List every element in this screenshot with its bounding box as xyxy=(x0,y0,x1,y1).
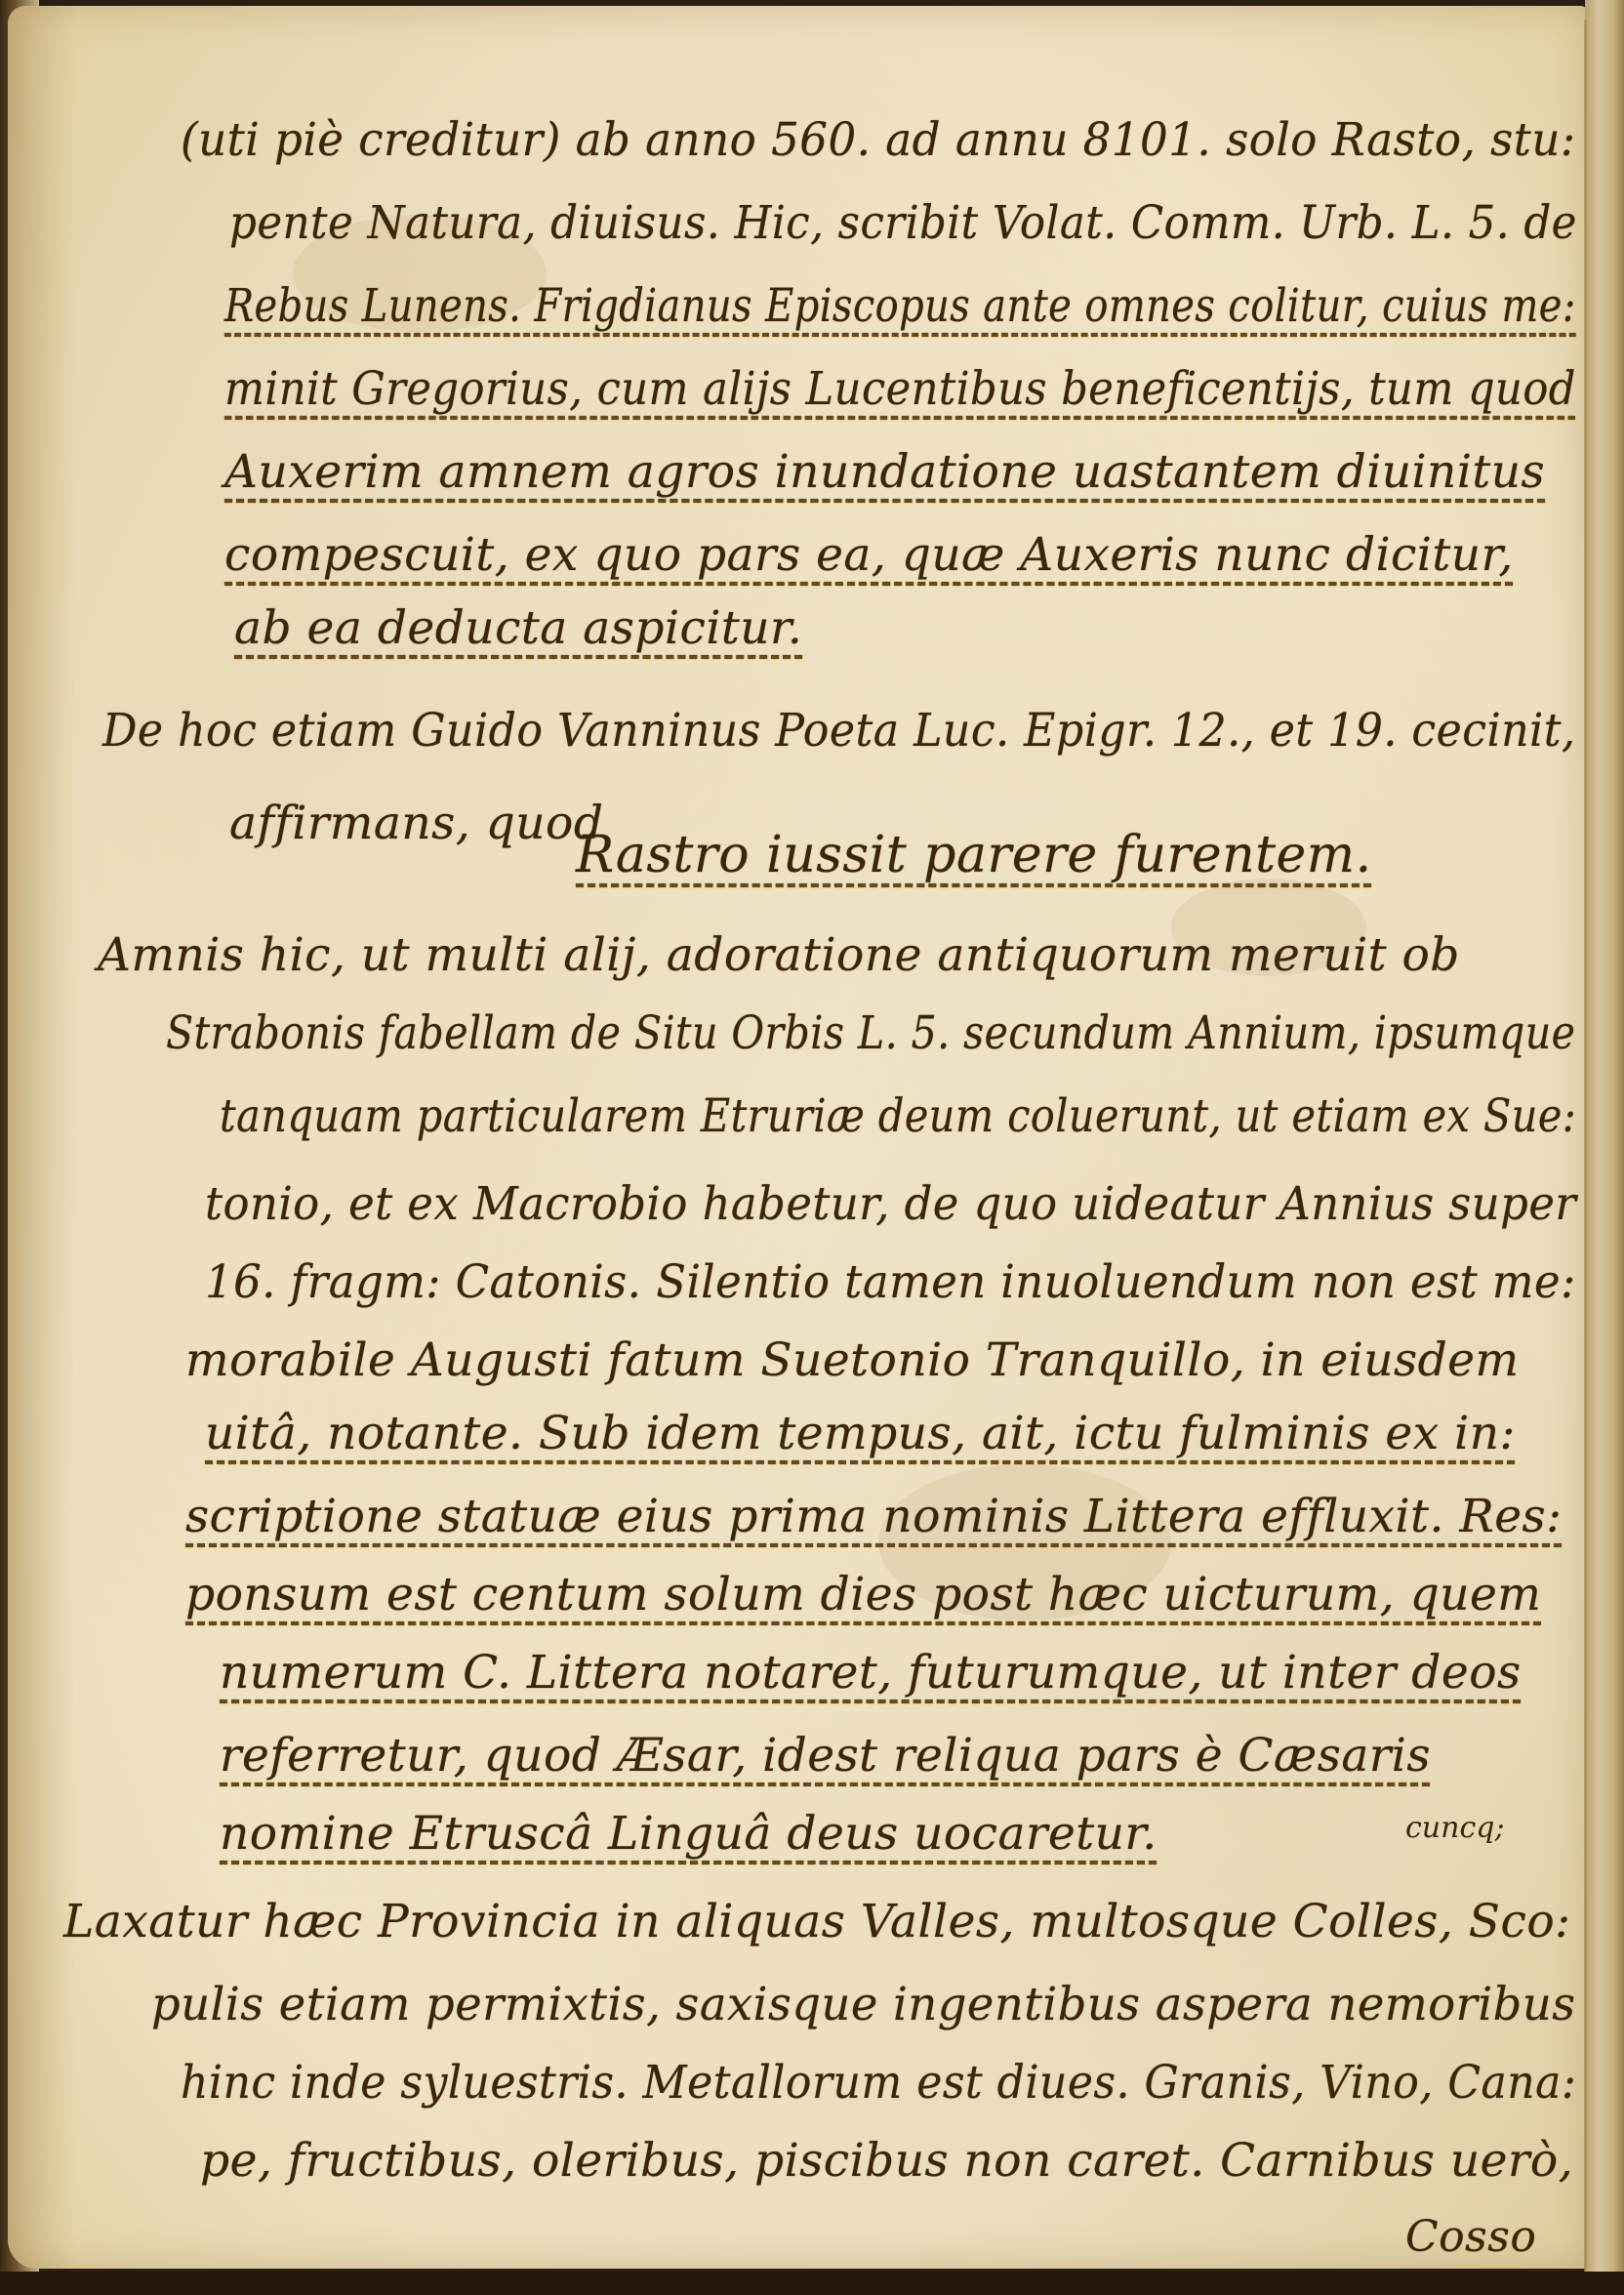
manuscript-line: pe, fructibus, oleribus, piscibus non ca… xyxy=(200,2138,1573,2184)
catchword: Cosso xyxy=(1405,2216,1536,2259)
manuscript-line: tanquam particularem Etruriæ deum coluer… xyxy=(220,1093,1576,1139)
manuscript-line: morabile Augusti fatum Suetonio Tranquil… xyxy=(185,1337,1520,1383)
manuscript-scan: (uti piè creditur) ab anno 560. ad annu … xyxy=(0,0,1624,2295)
manuscript-line: compescuit, ex quo pars ea, quæ Auxeris … xyxy=(224,532,1514,578)
manuscript-line: tonio, et ex Macrobio habetur, de quo ui… xyxy=(205,1181,1576,1227)
manuscript-line-quotation: Rastro iussit parere furentem. xyxy=(576,830,1372,881)
manuscript-line: nomine Etruscâ Linguâ deus uocaretur. xyxy=(220,1811,1157,1857)
manuscript-line: uitâ, notante. Sub idem tempus, ait, ict… xyxy=(205,1411,1516,1456)
manuscript-line: (uti piè creditur) ab anno 560. ad annu … xyxy=(181,117,1576,163)
manuscript-line: numerum C. Littera notaret, futurumque, … xyxy=(220,1650,1522,1696)
manuscript-line: De hoc etiam Guido Vanninus Poeta Luc. E… xyxy=(102,708,1576,754)
manuscript-line: pente Natura, diuisus. Hic, scribit Vola… xyxy=(229,200,1577,246)
manuscript-line: Strabonis fabellam de Situ Orbis L. 5. s… xyxy=(166,1010,1575,1056)
manuscript-line: scriptione statuæ eius prima nominis Lit… xyxy=(185,1494,1563,1539)
manuscript-line: minit Gregorius, cum alijs Lucentibus be… xyxy=(224,366,1576,412)
manuscript-line: Amnis hic, ut multi alij, adoratione ant… xyxy=(98,932,1460,978)
manuscript-text: (uti piè creditur) ab anno 560. ad annu … xyxy=(0,0,1624,2295)
manuscript-line: ab ea deducta aspicitur. xyxy=(234,605,802,651)
manuscript-line: Rebus Lunens. Frigdianus Episcopus ante … xyxy=(224,283,1576,329)
manuscript-line: pulis etiam permixtis, saxisque ingentib… xyxy=(151,1982,1576,2028)
manuscript-line: 16. fragm: Catonis. Silentio tamen inuol… xyxy=(205,1259,1576,1305)
interlinear-note: cuncq; xyxy=(1405,1811,1505,1845)
manuscript-line: ponsum est centum solum dies post hæc ui… xyxy=(185,1572,1541,1618)
manuscript-line: Laxatur hæc Provincia in aliquas Valles,… xyxy=(63,1899,1570,1945)
manuscript-line: affirmans, quod xyxy=(229,800,603,846)
manuscript-line: Auxerim amnem agros inundatione uastante… xyxy=(224,449,1545,495)
manuscript-line: hinc inde syluestris. Metallorum est diu… xyxy=(181,2060,1576,2106)
manuscript-line: referretur, quod Æsar, idest reliqua par… xyxy=(220,1733,1431,1779)
